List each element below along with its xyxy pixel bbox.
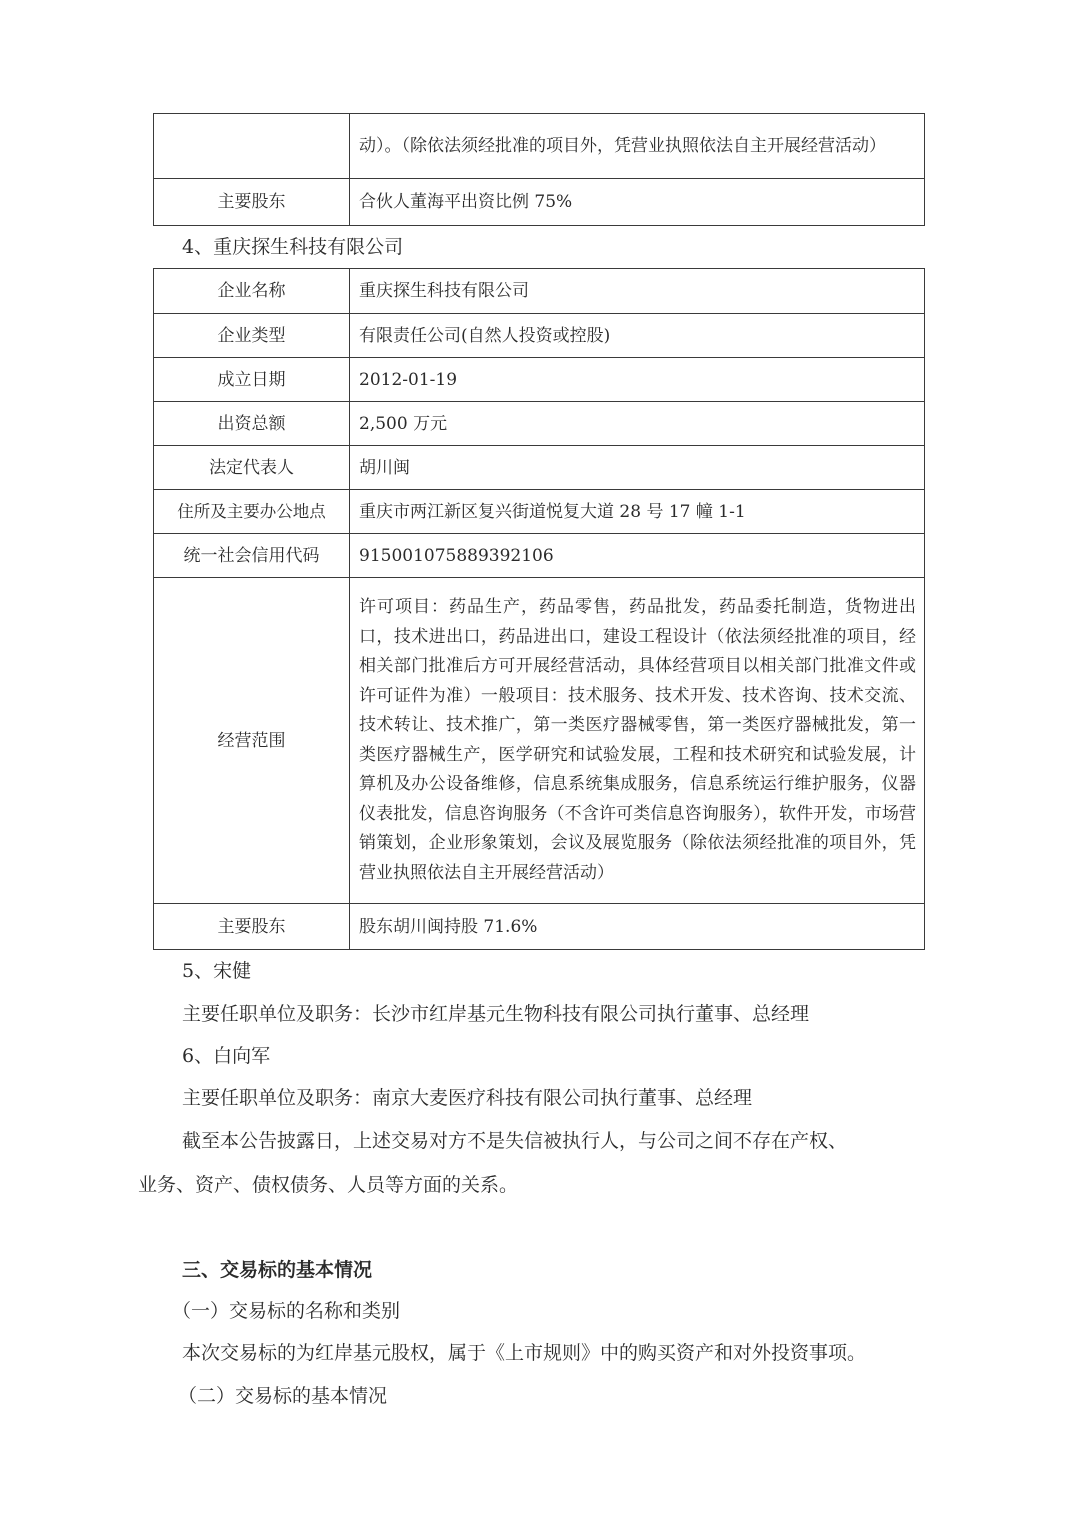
row-label-company-name: 企业名称 [154, 269, 350, 314]
row-label-address: 住所及主要办公地点 [154, 490, 350, 534]
table-row: 成立日期 2012-01-19 [154, 358, 925, 402]
section-6-position: 主要任职单位及职务：南京大麦医疗科技有限公司执行董事、总经理 [182, 1085, 752, 1111]
row-value-main-shareholder: 合伙人董海平出资比例 75% [350, 179, 925, 226]
section-three-heading: 三、交易标的基本情况 [182, 1257, 372, 1283]
subsection-2-heading: （二）交易标的基本情况 [178, 1383, 387, 1409]
row-label-established-date: 成立日期 [154, 358, 350, 402]
table-row: 统一社会信用代码 915001075889392106 [154, 534, 925, 578]
section-4-heading: 4、重庆探生科技有限公司 [182, 234, 403, 260]
table-row: 企业类型 有限责任公司(自然人投资或控股) [154, 314, 925, 358]
section-5-position: 主要任职单位及职务：长沙市红岸基元生物科技有限公司执行董事、总经理 [182, 1001, 809, 1027]
table-row: 主要股东 合伙人董海平出资比例 75% [154, 179, 925, 226]
row-label-business-scope: 经营范围 [154, 578, 350, 904]
subsection-1-text: 本次交易标的为红岸基元股权，属于《上市规则》中的购买资产和对外投资事项。 [182, 1340, 866, 1366]
company-3-info-table-continued: 动）。（除依法须经批准的项目外，凭营业执照依法自主开展经营活动） 主要股东 合伙… [153, 113, 925, 226]
row-value-credit-code: 915001075889392106 [350, 534, 925, 578]
section-6-heading: 6、白向军 [182, 1043, 270, 1069]
row-value-company-name: 重庆探生科技有限公司 [350, 269, 925, 314]
row-value-capital: 2,500 万元 [350, 402, 925, 446]
row-value-company-type: 有限责任公司(自然人投资或控股) [350, 314, 925, 358]
table-row: 出资总额 2,500 万元 [154, 402, 925, 446]
document-page: 动）。（除依法须经批准的项目外，凭营业执照依法自主开展经营活动） 主要股东 合伙… [0, 0, 1080, 1526]
row-value-address: 重庆市两江新区复兴街道悦复大道 28 号 17 幢 1-1 [350, 490, 925, 534]
row-label-credit-code: 统一社会信用代码 [154, 534, 350, 578]
row-label [154, 114, 350, 179]
subsection-1-heading: （一）交易标的名称和类别 [172, 1298, 400, 1324]
row-label-main-shareholder: 主要股东 [154, 904, 350, 950]
section-5-heading: 5、宋健 [182, 958, 251, 984]
row-value-business-scope: 许可项目：药品生产，药品零售，药品批发，药品委托制造，货物进出口，技术进出口，药… [350, 578, 925, 904]
statement-line-2: 业务、资产、债权债务、人员等方面的关系。 [138, 1172, 518, 1198]
table-row: 主要股东 股东胡川闽持股 71.6% [154, 904, 925, 950]
row-value-main-shareholder: 股东胡川闽持股 71.6% [350, 904, 925, 950]
row-label-company-type: 企业类型 [154, 314, 350, 358]
table-row: 法定代表人 胡川闽 [154, 446, 925, 490]
row-value-business-scope-tail: 动）。（除依法须经批准的项目外，凭营业执照依法自主开展经营活动） [350, 114, 925, 179]
table-row: 动）。（除依法须经批准的项目外，凭营业执照依法自主开展经营活动） [154, 114, 925, 179]
row-label-main-shareholder: 主要股东 [154, 179, 350, 226]
row-value-established-date: 2012-01-19 [350, 358, 925, 402]
statement-line-1: 截至本公告披露日，上述交易对方不是失信被执行人，与公司之间不存在产权、 [182, 1128, 847, 1154]
table-row: 住所及主要办公地点 重庆市两江新区复兴街道悦复大道 28 号 17 幢 1-1 [154, 490, 925, 534]
row-label-capital: 出资总额 [154, 402, 350, 446]
table-row: 企业名称 重庆探生科技有限公司 [154, 269, 925, 314]
table-row: 经营范围 许可项目：药品生产，药品零售，药品批发，药品委托制造，货物进出口，技术… [154, 578, 925, 904]
company-4-info-table: 企业名称 重庆探生科技有限公司 企业类型 有限责任公司(自然人投资或控股) 成立… [153, 268, 925, 950]
row-value-legal-representative: 胡川闽 [350, 446, 925, 490]
row-label-legal-representative: 法定代表人 [154, 446, 350, 490]
